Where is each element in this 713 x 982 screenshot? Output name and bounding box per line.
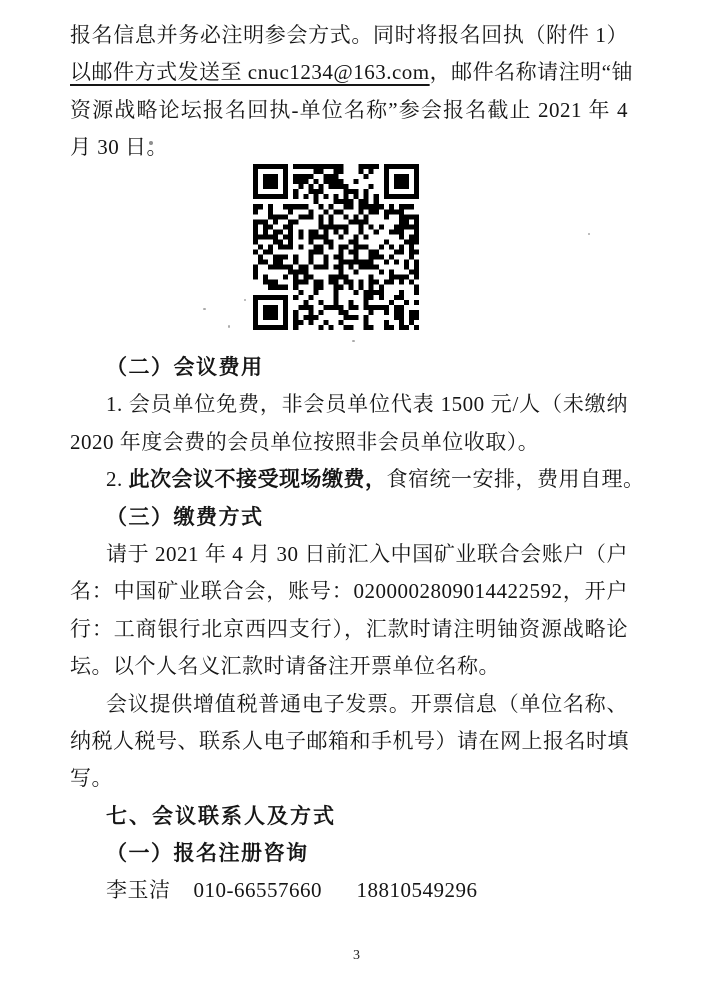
scan-noise-speck: [588, 233, 590, 235]
section-heading-7: 七、会议联系人及方式: [70, 798, 628, 835]
scan-noise-speck: [352, 340, 355, 342]
scan-noise-speck: [244, 299, 246, 301]
text-segment: 月 30 日。: [70, 135, 168, 159]
text-segment: 会议提供增值税普通电子发票。开票信息（单位名称、: [106, 692, 628, 716]
text-segment: 写。: [70, 766, 113, 790]
text-segment: （三）缴费方式: [106, 505, 264, 529]
contact-line: 李玉洁 010-66557660 18810549296: [70, 872, 628, 909]
qr-code-image: [253, 164, 419, 330]
text-segment: 坛。以个人名义汇款时请备注开票单位名称。: [70, 654, 500, 678]
text-segment-bold: 此次会议不接受现场缴费，: [129, 467, 387, 491]
text-segment: 1. 会员单位免费，非会员单位代表 1500 元/人（未缴纳: [106, 392, 628, 416]
document-page: 报名信息并务必注明参会方式。同时将报名回执（附件 1）以邮件方式发送至 cnuc…: [0, 0, 713, 982]
text-line: 会议提供增值税普通电子发票。开票信息（单位名称、: [70, 686, 628, 723]
text-line: 资源战略论坛报名回执-单位名称”参会报名截止 2021 年 4: [70, 92, 628, 129]
scan-noise-speck: [228, 325, 230, 328]
registration-qr-code: [253, 164, 419, 330]
text-segment: 请于 2021 年 4 月 30 日前汇入中国矿业联合会账户（户: [106, 542, 628, 566]
text-line: 月 30 日。: [70, 129, 628, 166]
text-segment: （一）报名注册咨询: [106, 841, 309, 865]
text-segment: 李玉洁 010-66557660 18810549296: [106, 878, 478, 902]
text-segment: 纳税人税号、联系人电子邮箱和手机号）请在网上报名时填: [70, 729, 629, 753]
text-line: 写。: [70, 760, 628, 797]
page-number: 3: [0, 948, 713, 964]
text-segment: 2.: [106, 467, 129, 491]
text-segment: 报名信息并务必注明参会方式。同时将报名回执（附件 1）: [70, 23, 628, 47]
text-line: 纳税人税号、联系人电子邮箱和手机号）请在网上报名时填: [70, 723, 628, 760]
text-line: 报名信息并务必注明参会方式。同时将报名回执（附件 1）: [70, 17, 628, 54]
text-line: 2020 年度会费的会员单位按照非会员单位收取）。: [70, 424, 628, 461]
text-line: 2. 此次会议不接受现场缴费，食宿统一安排，费用自理。: [70, 461, 628, 498]
text-line: 名：中国矿业联合会，账号：0200002809014422592，开户: [70, 573, 628, 610]
text-segment: 资源战略论坛报名回执-单位名称”参会报名截止 2021 年 4: [70, 98, 628, 122]
text-segment: 2020 年度会费的会员单位按照非会员单位收取）。: [70, 430, 539, 454]
text-line: 1. 会员单位免费，非会员单位代表 1500 元/人（未缴纳: [70, 386, 628, 423]
scan-noise-speck: [203, 308, 206, 310]
text-segment: 七、会议联系人及方式: [106, 805, 336, 828]
text-segment: 行：工商银行北京西四支行），汇款时请注明铀资源战略论: [70, 617, 628, 641]
subsection-heading-1: （一）报名注册咨询: [70, 835, 628, 872]
text-segment-underline: 以邮件方式发送至 cnuc1234@163.com: [70, 60, 430, 84]
scan-noise-speck: [149, 141, 153, 145]
paragraph-block-top: 报名信息并务必注明参会方式。同时将报名回执（附件 1）以邮件方式发送至 cnuc…: [70, 17, 628, 167]
text-line: 以邮件方式发送至 cnuc1234@163.com，邮件名称请注明“铀: [70, 54, 628, 91]
text-line: 坛。以个人名义汇款时请备注开票单位名称。: [70, 648, 628, 685]
text-line: 请于 2021 年 4 月 30 日前汇入中国矿业联合会账户（户: [70, 536, 628, 573]
text-segment: ，邮件名称请注明“铀: [430, 60, 633, 84]
paragraph-block-main: （二）会议费用1. 会员单位免费，非会员单位代表 1500 元/人（未缴纳202…: [70, 349, 628, 910]
text-line: 行：工商银行北京西四支行），汇款时请注明铀资源战略论: [70, 611, 628, 648]
text-segment: （二）会议费用: [106, 355, 264, 379]
subsection-heading-3: （三）缴费方式: [70, 499, 628, 536]
text-segment: 食宿统一安排，费用自理。: [387, 467, 645, 491]
subsection-heading-2: （二）会议费用: [70, 349, 628, 386]
text-segment: 名：中国矿业联合会，账号：0200002809014422592，开户: [70, 579, 628, 603]
